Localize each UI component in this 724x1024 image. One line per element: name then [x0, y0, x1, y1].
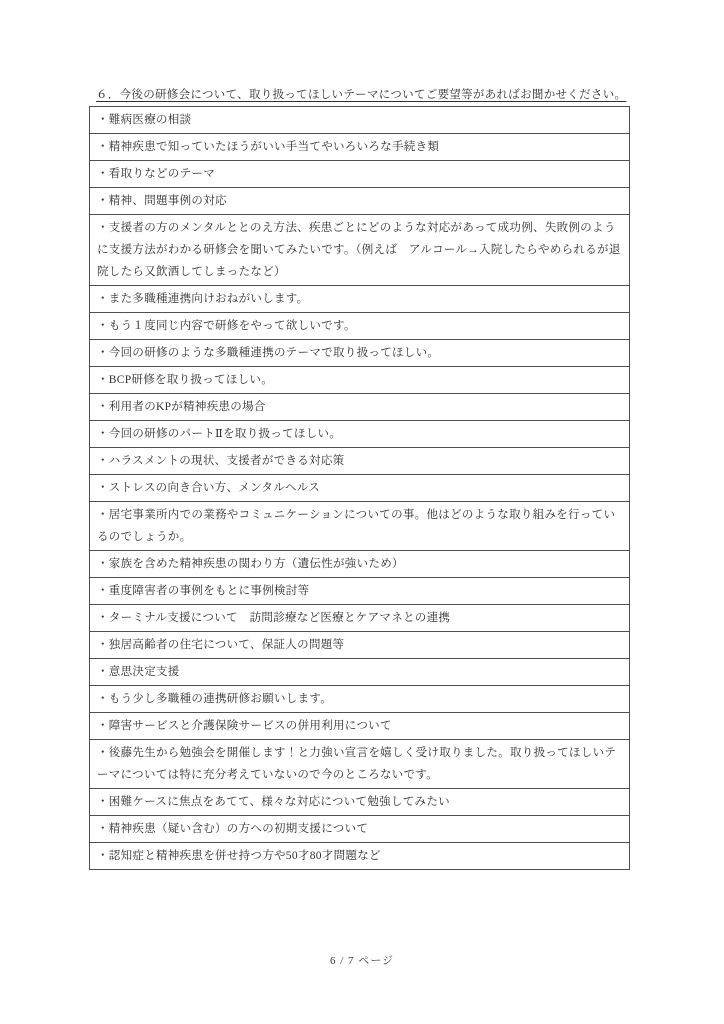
- response-cell: ・ターミナル支援について 訪問診療など医療とケアマネとの連携: [90, 605, 630, 632]
- table-row: ・独居高齢者の住宅について、保証人の問題等: [90, 632, 630, 659]
- response-cell: ・居宅事業所内での業務やコミュニケーションについての事。他はどのような取り組みを…: [90, 502, 630, 551]
- table-row: ・また多職種連携向けおねがいします。: [90, 286, 630, 313]
- response-cell: ・困難ケースに焦点をあてて、様々な対応について勉強してみたい: [90, 789, 630, 816]
- table-row: ・難病医療の相談: [90, 107, 630, 134]
- table-row: ・支援者の方のメンタルととのえ方法、疾患ごとにどのような対応があって成功例、失敗…: [90, 215, 630, 286]
- page-number: 6 / 7 ページ: [0, 952, 724, 968]
- response-cell: ・また多職種連携向けおねがいします。: [90, 286, 630, 313]
- response-cell: ・今回の研修のような多職種連携のテーマで取り扱ってほしい。: [90, 340, 630, 367]
- table-row: ・ストレスの向き合い方、メンタルヘルス: [90, 475, 630, 502]
- table-row: ・困難ケースに焦点をあてて、様々な対応について勉強してみたい: [90, 789, 630, 816]
- table-row: ・利用者のKPが精神疾患の場合: [90, 394, 630, 421]
- response-cell: ・利用者のKPが精神疾患の場合: [90, 394, 630, 421]
- table-row: ・重度障害者の事例をもとに事例検討等: [90, 578, 630, 605]
- response-cell: ・独居高齢者の住宅について、保証人の問題等: [90, 632, 630, 659]
- response-cell: ・障害サービスと介護保険サービスの併用利用について: [90, 713, 630, 740]
- table-row: ・今回の研修のパートⅡを取り扱ってほしい。: [90, 421, 630, 448]
- response-cell: ・支援者の方のメンタルととのえ方法、疾患ごとにどのような対応があって成功例、失敗…: [90, 215, 630, 286]
- table-row: ・家族を含めた精神疾患の関わり方（遺伝性が強いため）: [90, 551, 630, 578]
- table-row: ・後藤先生から勉強会を開催します！と力強い宣言を嬉しく受け取りました。取り扱って…: [90, 740, 630, 789]
- response-cell: ・精神疾患（疑い含む）の方への初期支援について: [90, 816, 630, 843]
- table-row: ・障害サービスと介護保険サービスの併用利用について: [90, 713, 630, 740]
- response-cell: ・看取りなどのテーマ: [90, 161, 630, 188]
- table-row: ・居宅事業所内での業務やコミュニケーションについての事。他はどのような取り組みを…: [90, 502, 630, 551]
- response-cell: ・精神疾患で知っていたほうがいい手当てやいろいろな手続き類: [90, 134, 630, 161]
- response-cell: ・もう１度同じ内容で研修をやって欲しいです。: [90, 313, 630, 340]
- table-row: ・精神、問題事例の対応: [90, 188, 630, 215]
- table-row: ・もう少し多職種の連携研修お願いします。: [90, 686, 630, 713]
- response-cell: ・認知症と精神疾患を併せ持つ方や50才80才問題など: [90, 843, 630, 870]
- document-page: ６．今後の研修会について、取り扱ってほしいテーマについてご要望等があればお聞かせ…: [0, 0, 724, 1024]
- table-row: ・もう１度同じ内容で研修をやって欲しいです。: [90, 313, 630, 340]
- table-row: ・今回の研修のような多職種連携のテーマで取り扱ってほしい。: [90, 340, 630, 367]
- responses-table: ・難病医療の相談・精神疾患で知っていたほうがいい手当てやいろいろな手続き類・看取…: [89, 106, 630, 870]
- response-cell: ・今回の研修のパートⅡを取り扱ってほしい。: [90, 421, 630, 448]
- responses-body: ・難病医療の相談・精神疾患で知っていたほうがいい手当てやいろいろな手続き類・看取…: [90, 107, 630, 870]
- response-cell: ・もう少し多職種の連携研修お願いします。: [90, 686, 630, 713]
- table-row: ・認知症と精神疾患を併せ持つ方や50才80才問題など: [90, 843, 630, 870]
- table-row: ・意思決定支援: [90, 659, 630, 686]
- table-row: ・BCP研修を取り扱ってほしい。: [90, 367, 630, 394]
- table-row: ・ハラスメントの現状、支援者ができる対応策: [90, 448, 630, 475]
- response-cell: ・後藤先生から勉強会を開催します！と力強い宣言を嬉しく受け取りました。取り扱って…: [90, 740, 630, 789]
- response-cell: ・重度障害者の事例をもとに事例検討等: [90, 578, 630, 605]
- response-cell: ・ハラスメントの現状、支援者ができる対応策: [90, 448, 630, 475]
- section-heading: ６．今後の研修会について、取り扱ってほしいテーマについてご要望等があればお聞かせ…: [96, 86, 626, 102]
- table-row: ・精神疾患で知っていたほうがいい手当てやいろいろな手続き類: [90, 134, 630, 161]
- table-row: ・看取りなどのテーマ: [90, 161, 630, 188]
- table-row: ・精神疾患（疑い含む）の方への初期支援について: [90, 816, 630, 843]
- response-cell: ・ストレスの向き合い方、メンタルヘルス: [90, 475, 630, 502]
- response-cell: ・BCP研修を取り扱ってほしい。: [90, 367, 630, 394]
- response-cell: ・難病医療の相談: [90, 107, 630, 134]
- response-cell: ・精神、問題事例の対応: [90, 188, 630, 215]
- response-cell: ・意思決定支援: [90, 659, 630, 686]
- response-cell: ・家族を含めた精神疾患の関わり方（遺伝性が強いため）: [90, 551, 630, 578]
- table-row: ・ターミナル支援について 訪問診療など医療とケアマネとの連携: [90, 605, 630, 632]
